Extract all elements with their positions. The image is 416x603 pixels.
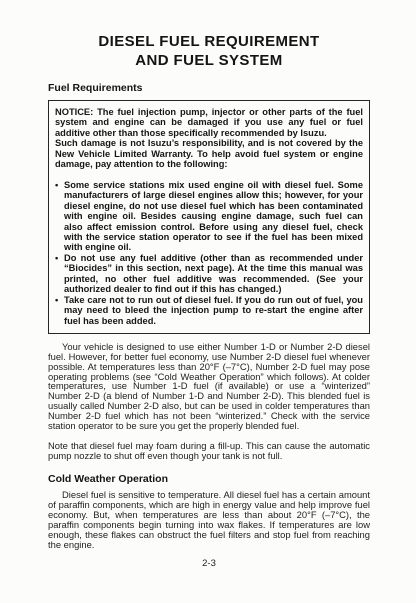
bullet-icon: • bbox=[55, 253, 64, 295]
bullet-icon: • bbox=[55, 295, 64, 326]
paragraph-cold-weather: Diesel fuel is sensitive to temperature.… bbox=[48, 490, 370, 549]
bullet-text-run-out: Take care not to run out of diesel fuel.… bbox=[64, 295, 363, 326]
page-title-line1: DIESEL FUEL REQUIREMENT bbox=[98, 33, 319, 50]
section-heading-fuel-requirements: Fuel Requirements bbox=[48, 82, 370, 94]
paragraph-fuel-foam: Note that diesel fuel may foam during a … bbox=[48, 441, 370, 461]
page-number: 2-3 bbox=[48, 558, 370, 569]
notice-bullet-list: • Some service stations mix used engine … bbox=[55, 180, 363, 326]
notice-paragraph-damage: NOTICE: The fuel injection pump, injecto… bbox=[55, 107, 363, 138]
paragraph-fuel-types: Your vehicle is designed to use either N… bbox=[48, 342, 370, 431]
bullet-item-engine-oil: • Some service stations mix used engine … bbox=[55, 180, 363, 253]
bullet-text-additives: Do not use any fuel additive (other than… bbox=[64, 253, 363, 295]
bullet-item-additives: • Do not use any fuel additive (other th… bbox=[55, 253, 363, 295]
page-title-line2: AND FUEL SYSTEM bbox=[135, 52, 282, 69]
notice-paragraph-warranty: Such damage is not Isuzu’s responsibilit… bbox=[55, 138, 363, 169]
bullet-icon: • bbox=[55, 180, 64, 253]
bullet-item-run-out: • Take care not to run out of diesel fue… bbox=[55, 295, 363, 326]
bullet-text-engine-oil: Some service stations mix used engine oi… bbox=[64, 180, 363, 253]
page-title: DIESEL FUEL REQUIREMENT AND FUEL SYSTEM bbox=[48, 32, 370, 70]
section-heading-cold-weather: Cold Weather Operation bbox=[48, 473, 370, 485]
manual-page: DIESEL FUEL REQUIREMENT AND FUEL SYSTEM … bbox=[0, 0, 416, 603]
notice-box: NOTICE: The fuel injection pump, injecto… bbox=[48, 100, 370, 334]
